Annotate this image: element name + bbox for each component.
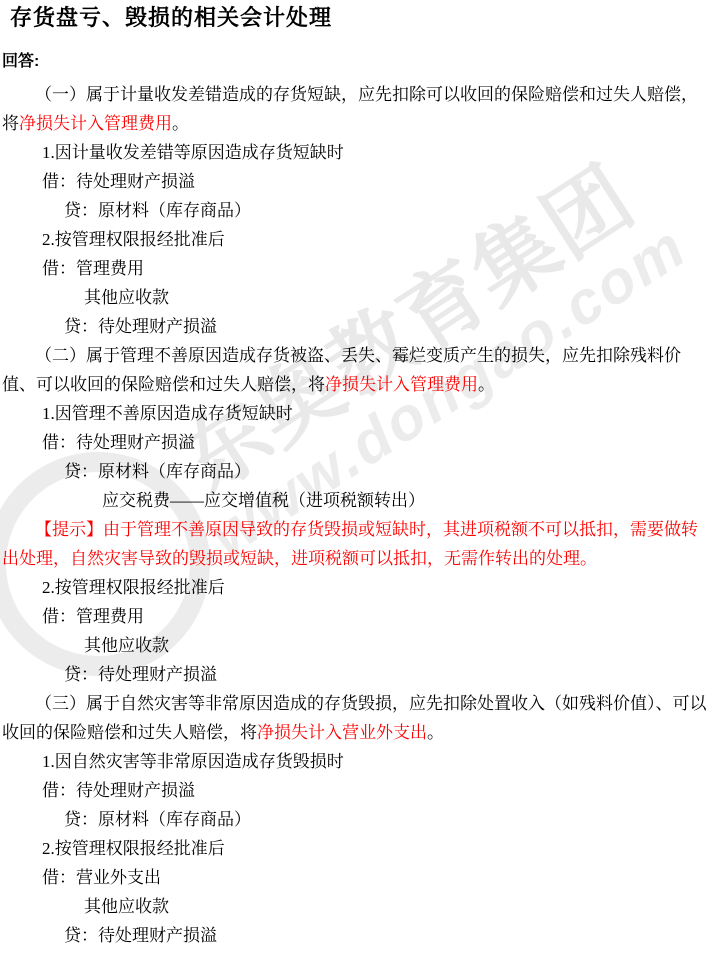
entry-line: 2.按管理权限报经批准后 (2, 573, 709, 602)
text-segment: 。 (478, 375, 495, 394)
highlighted-text: 净损失计入管理费用 (325, 375, 478, 394)
answer-label: 回答: (2, 53, 709, 71)
text-segment: 借：管理费用 (42, 259, 144, 278)
text-segment: 1.因计量收发差错等原因造成存货短缺时 (42, 143, 344, 162)
text-segment: 贷：待处理财产损溢 (64, 665, 217, 684)
text-segment: 借：待处理财产损溢 (42, 172, 195, 191)
entry-line: 1.因计量收发差错等原因造成存货短缺时 (2, 138, 709, 167)
entry-line: 借：管理费用 (2, 602, 709, 631)
entry-line: 贷：待处理财产损溢 (2, 660, 709, 689)
text-segment: 1.因自然灾害等非常原因造成存货毁损时 (42, 752, 344, 771)
text-segment: 1.因管理不善原因造成存货短缺时 (42, 404, 293, 423)
text-segment: 其他应收款 (84, 897, 169, 916)
entry-line: 贷：原材料（库存商品） (2, 196, 709, 225)
entry-line: 其他应收款 (2, 283, 709, 312)
entry-line: 借：营业外支出 (2, 863, 709, 892)
text-segment: 。 (427, 723, 444, 742)
entry-line: 贷：待处理财产损溢 (2, 312, 709, 341)
paragraph: （二）属于管理不善原因造成存货被盗、丢失、霉烂变质产生的损失，应先扣除残料价值、… (2, 341, 709, 399)
text-segment: 贷：原材料（库存商品） (64, 462, 251, 481)
text-segment: 2.按管理权限报经批准后 (42, 839, 225, 858)
text-segment: 其他应收款 (84, 288, 169, 307)
entry-line: 贷：原材料（库存商品） (2, 805, 709, 834)
text-segment: 2.按管理权限报经批准后 (42, 230, 225, 249)
text-segment: 贷：原材料（库存商品） (64, 201, 251, 220)
entry-line: 其他应收款 (2, 631, 709, 660)
highlighted-text: 净损失计入管理费用 (19, 114, 172, 133)
text-segment: 应交税费——应交增值税（进项税额转出） (102, 491, 425, 510)
text-segment: 贷：原材料（库存商品） (64, 810, 251, 829)
text-segment: 。 (172, 114, 189, 133)
text-segment: 借：营业外支出 (42, 868, 161, 887)
text-segment: 贷：待处理财产损溢 (64, 926, 217, 945)
paragraph: （三）属于自然灾害等非常原因造成的存货毁损，应先扣除处置收入（如残料价值）、可以… (2, 689, 709, 747)
entry-line: 应交税费——应交增值税（进项税额转出） (2, 486, 709, 515)
entry-line: 1.因管理不善原因造成存货短缺时 (2, 399, 709, 428)
text-segment: 2.按管理权限报经批准后 (42, 578, 225, 597)
paragraph: （一）属于计量收发差错造成的存货短缺，应先扣除可以收回的保险赔偿和过失人赔偿，将… (2, 80, 709, 138)
entry-line: 2.按管理权限报经批准后 (2, 834, 709, 863)
text-segment: 借：待处理财产损溢 (42, 781, 195, 800)
entry-line: 借：待处理财产损溢 (2, 776, 709, 805)
entry-line: 借：待处理财产损溢 (2, 167, 709, 196)
entry-line: 借：管理费用 (2, 254, 709, 283)
entry-line: 1.因自然灾害等非常原因造成存货毁损时 (2, 747, 709, 776)
entry-line: 贷：待处理财产损溢 (2, 921, 709, 950)
page-title: 存货盘亏、毁损的相关会计处理 (10, 5, 709, 31)
text-segment: 贷：待处理财产损溢 (64, 317, 217, 336)
paragraph: 【提示】由于管理不善原因导致的存货毁损或短缺时，其进项税额不可以抵扣，需要做转出… (2, 515, 709, 573)
entry-line: 2.按管理权限报经批准后 (2, 225, 709, 254)
document-body: 存货盘亏、毁损的相关会计处理 回答: （一）属于计量收发差错造成的存货短缺，应先… (0, 5, 713, 950)
highlighted-text: 净损失计入营业外支出 (257, 723, 427, 742)
entry-line: 其他应收款 (2, 892, 709, 921)
text-segment: 其他应收款 (84, 636, 169, 655)
highlighted-text: 【提示】由于管理不善原因导致的存货毁损或短缺时，其进项税额不可以抵扣，需要做转出… (2, 520, 698, 568)
text-segment: 借：管理费用 (42, 607, 144, 626)
content: （一）属于计量收发差错造成的存货短缺，应先扣除可以收回的保险赔偿和过失人赔偿，将… (2, 80, 709, 950)
entry-line: 贷：原材料（库存商品） (2, 457, 709, 486)
document-page: 东奥教育集团 www.dongao.com 存货盘亏、毁损的相关会计处理 回答:… (0, 0, 713, 966)
text-segment: 借：待处理财产损溢 (42, 433, 195, 452)
entry-line: 借：待处理财产损溢 (2, 428, 709, 457)
